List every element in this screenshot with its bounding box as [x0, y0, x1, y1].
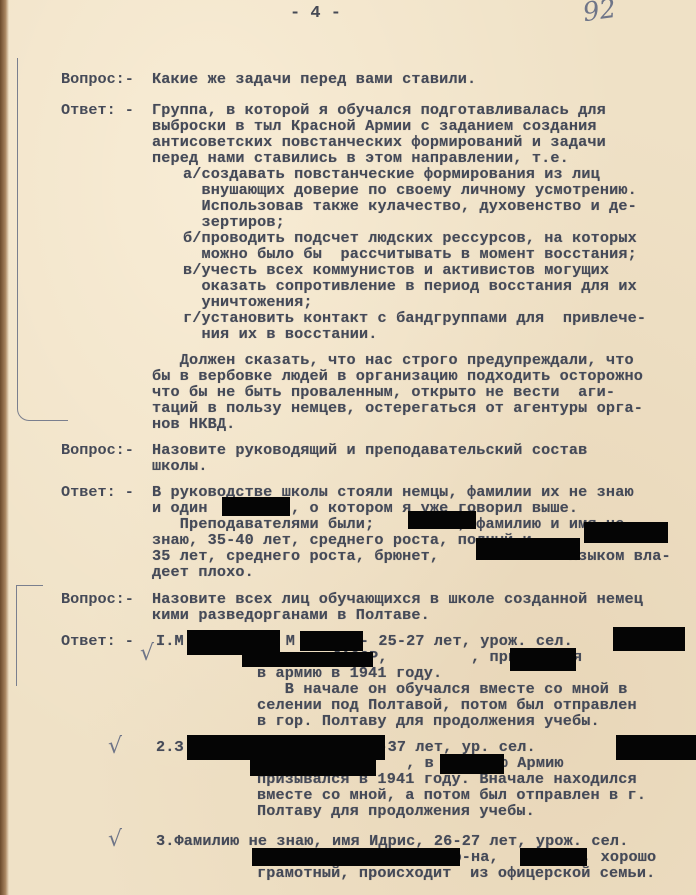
answer-line: Полтаву для продолжения учебы.	[257, 803, 535, 819]
answer-line: уничтожения;	[183, 294, 313, 310]
question-label: Вопрос:-	[61, 442, 134, 458]
question-text: Назовите всех лиц обучающихся в школе со…	[152, 591, 643, 607]
answer-line: что бы не быть проваленным, открыто не в…	[152, 384, 615, 400]
answer-line: внушающих доверие по своему личному усмо…	[183, 182, 637, 198]
page-number: - 4 -	[290, 4, 341, 23]
redaction-box	[584, 522, 668, 543]
answer-line: г/установить контакт с бандгруппами для …	[183, 310, 646, 326]
handwritten-archive-number: 92	[581, 0, 618, 28]
redaction-box	[250, 758, 376, 776]
answer-label: Ответ: -	[61, 484, 134, 500]
answer-line: зертиров;	[183, 214, 285, 230]
redaction-box	[187, 735, 385, 760]
answer-line: грамотный, происходит из офицерской семь…	[257, 865, 655, 881]
answer-line: Должен сказать, что нас строго предупреж…	[152, 352, 634, 368]
answer-line: 3.Фамилию не знаю, имя Идрис, 26-27 лет,…	[156, 833, 628, 849]
question-text: кими разведорганами в Полтаве.	[152, 607, 430, 623]
answer-line: Преподавателями были; , фамилию и имя не	[152, 516, 624, 532]
answer-line: выброски в тыл Красной Армии с заданием …	[152, 118, 597, 134]
answer-line: а/создавать повстанческие формирования и…	[183, 166, 600, 182]
redaction-box	[520, 848, 587, 866]
redaction-box	[510, 648, 576, 671]
answer-line: в/учесть всех коммунистов и активистов м…	[183, 262, 609, 278]
answer-line: нов НКВД.	[152, 416, 235, 432]
question-text: Какие же задачи перед вами ставили.	[152, 71, 476, 87]
answer-line: таций в пользу немцев, остерегаться от а…	[152, 400, 643, 416]
question-label: Вопрос:-	[61, 71, 134, 87]
answer-line: Использовав также кулачество, духовенств…	[183, 198, 637, 214]
question-text: школы.	[152, 458, 208, 474]
redaction-box	[440, 754, 504, 774]
answer-line: селении под Полтавой, потом был отправле…	[257, 697, 637, 713]
redaction-box	[476, 538, 580, 560]
answer-line: Группа, в которой я обучался подготавлив…	[152, 102, 606, 118]
redaction-box	[300, 631, 363, 651]
redaction-box	[408, 511, 476, 529]
answer-line: В начале он обучался вместе со мной в	[257, 681, 628, 697]
archival-document-page: - 4 - 92 Вопрос:- Какие же задачи перед …	[0, 0, 696, 895]
answer-line: бы в вербовке людей в организацию подход…	[152, 368, 643, 384]
checkmark-icon: √	[108, 827, 122, 852]
answer-label: Ответ: -	[61, 633, 134, 649]
answer-line: перед нами ставились в этом направлении,…	[152, 150, 569, 166]
redaction-box	[242, 652, 373, 667]
redaction-box	[252, 848, 460, 866]
redaction-box	[616, 735, 696, 760]
answer-line: в армию в 1941 году.	[257, 665, 442, 681]
checkmark-icon: √	[108, 734, 122, 759]
question-text: Назовите руководящий и преподавательский…	[152, 442, 587, 458]
answer-line: можно было бы рассчитывать в момент восс…	[183, 246, 637, 262]
answer-line: деет плохо.	[152, 564, 254, 580]
answer-line: оказать сопротивление в период восстания…	[183, 278, 637, 294]
answer-line: и один , о котором я уже говорил выше.	[152, 500, 578, 516]
answer-line: вместе со мной, а потом был отправлен в …	[257, 787, 646, 803]
question-label: Вопрос:-	[61, 591, 134, 607]
answer-line: б/проводить подсчет людских рессурсов, н…	[183, 230, 637, 246]
redaction-box	[613, 627, 685, 651]
checkmark-icon: √	[140, 641, 154, 666]
margin-bracket-2	[16, 585, 43, 686]
answer-line: в гор. Полтаву для продолжения учебы.	[257, 713, 600, 729]
answer-line: знаю, 35-40 лет, среднего роста, полный …	[152, 532, 532, 548]
answer-line: антисоветских повстанческих формирований…	[152, 134, 606, 150]
answer-line: ния их в восстании.	[183, 326, 378, 342]
redaction-box	[222, 497, 290, 516]
answer-label: Ответ: -	[61, 102, 134, 118]
answer-line: 35 лет, среднего роста, брюнет, языком в…	[152, 548, 671, 564]
